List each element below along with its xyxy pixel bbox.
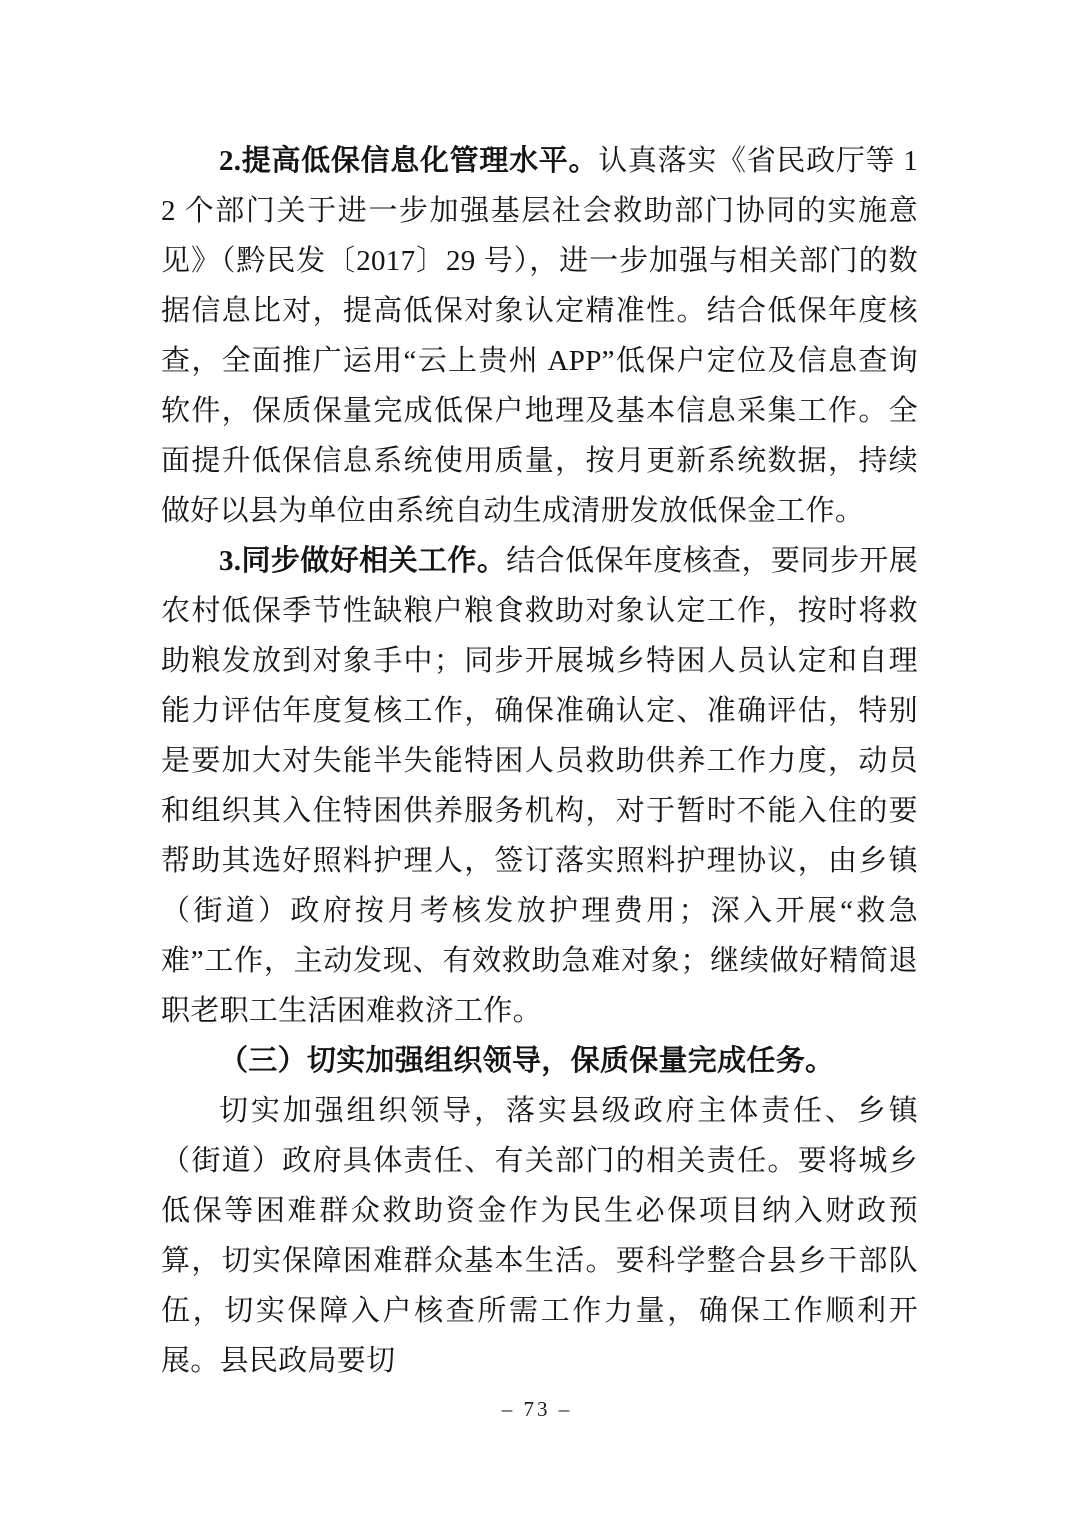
heading-section-three: （三）切实加强组织领导，保质保量完成任务。 <box>161 1036 918 1086</box>
document-page: 2.提高低保信息化管理水平。认真落实《省民政厅等 12 个部门关于进一步加强基层… <box>0 0 1074 1520</box>
bold-text-run: （三）切实加强组织领导，保质保量完成任务。 <box>219 1045 834 1077</box>
para-leadership: 切实加强组织领导，落实县级政府主体责任、乡镇（街道）政府具体责任、有关部门的相关… <box>161 1086 918 1386</box>
document-body: 2.提高低保信息化管理水平。认真落实《省民政厅等 12 个部门关于进一步加强基层… <box>161 136 918 1386</box>
bold-text-run: 3.同步做好相关工作。 <box>219 545 506 577</box>
text-run: 切实加强组织领导，落实县级政府主体责任、乡镇（街道）政府具体责任、有关部门的相关… <box>161 1095 918 1377</box>
para-3-related-work: 3.同步做好相关工作。结合低保年度核查，要同步开展农村低保季节性缺粮户粮食救助对… <box>161 536 918 1036</box>
page-number: – 73 – <box>0 1397 1074 1422</box>
para-2-info-management: 2.提高低保信息化管理水平。认真落实《省民政厅等 12 个部门关于进一步加强基层… <box>161 136 918 536</box>
text-run: 结合低保年度核查，要同步开展农村低保季节性缺粮户粮食救助对象认定工作，按时将救助… <box>161 545 918 1027</box>
bold-text-run: 2.提高低保信息化管理水平。 <box>219 145 598 177</box>
text-run: 认真落实《省民政厅等 12 个部门关于进一步加强基层社会救助部门协同的实施意见》… <box>161 145 918 527</box>
